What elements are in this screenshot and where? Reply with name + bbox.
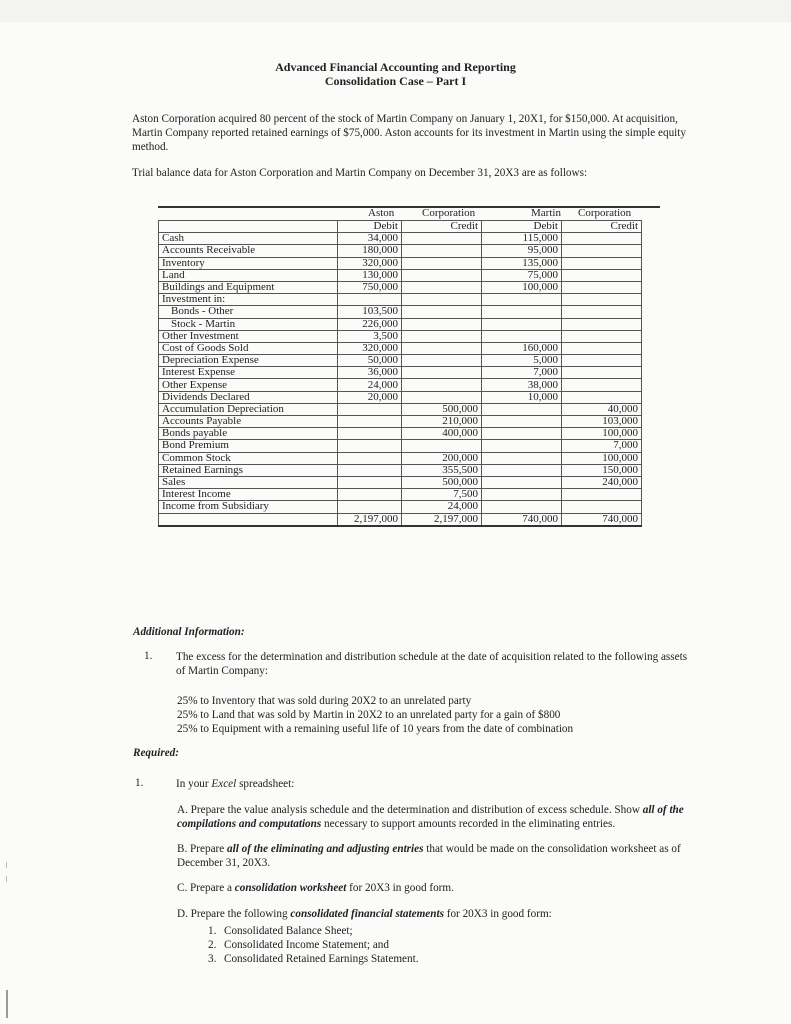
aston-header-left: Aston (368, 207, 394, 220)
table-row: Inventory320,000135,000 (159, 257, 642, 269)
martin-debit (482, 476, 562, 488)
aston-debit (338, 452, 402, 464)
martin-debit: 5,000 (482, 355, 562, 367)
martin-credit (562, 269, 642, 281)
martin-credit: 100,000 (562, 428, 642, 440)
martin-debit: 38,000 (482, 379, 562, 391)
aston-debit (338, 476, 402, 488)
required-heading: Required: (133, 747, 179, 759)
table-row: Sales500,000240,000 (159, 476, 642, 488)
required-intro-text: In your (176, 778, 211, 790)
table-row: Bonds - Other103,500 (159, 306, 642, 318)
account-name: Buildings and Equipment (159, 281, 338, 293)
required-intro: In your Excel spreadsheet: (176, 777, 696, 791)
martin-debit (482, 294, 562, 306)
column-header-martin-debit: Debit (482, 221, 562, 233)
martin-debit: 7,000 (482, 367, 562, 379)
aston-debit: 750,000 (338, 281, 402, 293)
additional-item-text: The excess for the determination and dis… (176, 650, 696, 678)
totals-label (159, 513, 338, 526)
aston-credit (402, 257, 482, 269)
account-name: Other Expense (159, 379, 338, 391)
table-row: Accounts Payable210,000103,000 (159, 416, 642, 428)
aston-debit: 103,500 (338, 306, 402, 318)
martin-credit (562, 355, 642, 367)
aston-credit: 7,500 (402, 489, 482, 501)
aston-debit: 3,500 (338, 330, 402, 342)
required-part-d: D. Prepare the following consolidated fi… (177, 907, 697, 921)
column-header-account (159, 221, 338, 233)
aston-debit (338, 416, 402, 428)
required-part-a: A. Prepare the value analysis schedule a… (177, 803, 697, 831)
aston-debit (338, 464, 402, 476)
table-row: Bond Premium7,000 (159, 440, 642, 452)
aston-debit (338, 501, 402, 513)
aston-credit (402, 330, 482, 342)
aston-debit (338, 428, 402, 440)
martin-debit: 115,000 (482, 233, 562, 245)
scan-margin-dot (6, 862, 7, 868)
martin-debit-total: 740,000 (482, 513, 562, 526)
part-a-text: A. Prepare the value analysis schedule a… (177, 804, 643, 816)
martin-debit (482, 306, 562, 318)
aston-credit: 355,500 (402, 464, 482, 476)
allocation-equipment: 25% to Equipment with a remaining useful… (177, 722, 697, 736)
martin-credit (562, 281, 642, 293)
aston-debit (338, 294, 402, 306)
table-row: Interest Income7,500 (159, 489, 642, 501)
martin-credit: 150,000 (562, 464, 642, 476)
aston-credit (402, 355, 482, 367)
aston-credit (402, 367, 482, 379)
aston-credit (402, 306, 482, 318)
allocation-land: 25% to Land that was sold by Martin in 2… (177, 708, 697, 722)
table-row: Cost of Goods Sold320,000160,000 (159, 342, 642, 354)
part-b-text: B. Prepare (177, 843, 227, 855)
statement-number: 1. (208, 924, 224, 938)
column-header-aston-credit: Credit (402, 221, 482, 233)
martin-debit (482, 452, 562, 464)
martin-debit (482, 489, 562, 501)
table-row: Retained Earnings355,500150,000 (159, 464, 642, 476)
document-title: Advanced Financial Accounting and Report… (0, 60, 791, 74)
part-c-emphasis: consolidation worksheet (235, 882, 347, 894)
document-page: Advanced Financial Accounting and Report… (0, 0, 791, 1024)
part-b-emphasis: all of the eliminating and adjusting ent… (227, 843, 423, 855)
account-name: Investment in: (159, 294, 338, 306)
account-name: Cost of Goods Sold (159, 342, 338, 354)
martin-credit (562, 245, 642, 257)
martin-debit (482, 416, 562, 428)
account-name: Stock - Martin (159, 318, 338, 330)
required-part-b: B. Prepare all of the eliminating and ad… (177, 842, 697, 870)
martin-credit (562, 489, 642, 501)
account-name: Accounts Payable (159, 416, 338, 428)
statements-list: 1.Consolidated Balance Sheet; 2.Consolid… (208, 924, 419, 966)
martin-credit (562, 330, 642, 342)
martin-header-left: Martin (531, 207, 561, 220)
table-row: Dividends Declared20,00010,000 (159, 391, 642, 403)
aston-credit (402, 318, 482, 330)
martin-credit (562, 367, 642, 379)
aston-credit: 500,000 (402, 403, 482, 415)
martin-credit: 40,000 (562, 403, 642, 415)
aston-debit: 130,000 (338, 269, 402, 281)
statement-item: 2.Consolidated Income Statement; and (208, 938, 419, 952)
martin-debit: 100,000 (482, 281, 562, 293)
martin-credit (562, 257, 642, 269)
martin-credit: 240,000 (562, 476, 642, 488)
account-name: Interest Income (159, 489, 338, 501)
excel-emphasis: Excel (211, 778, 236, 790)
allocation-inventory: 25% to Inventory that was sold during 20… (177, 694, 697, 708)
part-a-text-end: necessary to support amounts recorded in… (321, 818, 615, 830)
aston-credit (402, 233, 482, 245)
account-name: Bonds - Other (159, 306, 338, 318)
statement-label: Consolidated Retained Earnings Statement… (224, 953, 419, 965)
martin-credit: 7,000 (562, 440, 642, 452)
scan-margin-mark (6, 990, 8, 1018)
martin-credit (562, 342, 642, 354)
table-row: Other Expense24,00038,000 (159, 379, 642, 391)
account-name: Retained Earnings (159, 464, 338, 476)
account-name: Depreciation Expense (159, 355, 338, 367)
aston-debit (338, 440, 402, 452)
aston-debit: 34,000 (338, 233, 402, 245)
aston-debit: 24,000 (338, 379, 402, 391)
martin-debit (482, 318, 562, 330)
required-part-c: C. Prepare a consolidation worksheet for… (177, 881, 697, 895)
column-header-martin-credit: Credit (562, 221, 642, 233)
martin-credit: 100,000 (562, 452, 642, 464)
table-row: Accumulation Depreciation500,00040,000 (159, 403, 642, 415)
account-name: Other Investment (159, 330, 338, 342)
table-row: Stock - Martin226,000 (159, 318, 642, 330)
part-c-text: C. Prepare a (177, 882, 235, 894)
martin-credit (562, 233, 642, 245)
intro-paragraph: Aston Corporation acquired 80 percent of… (132, 112, 692, 154)
account-name: Inventory (159, 257, 338, 269)
scan-shadow (0, 0, 791, 22)
part-c-text-end: for 20X3 in good form. (346, 882, 454, 894)
martin-debit: 160,000 (482, 342, 562, 354)
table-row: Interest Expense36,0007,000 (159, 367, 642, 379)
martin-debit: 75,000 (482, 269, 562, 281)
martin-debit (482, 403, 562, 415)
aston-credit: 24,000 (402, 501, 482, 513)
aston-debit: 50,000 (338, 355, 402, 367)
required-intro-text-end: spreadsheet: (236, 778, 294, 790)
aston-credit (402, 391, 482, 403)
martin-debit (482, 464, 562, 476)
additional-information-heading: Additional Information: (133, 626, 245, 638)
martin-credit (562, 379, 642, 391)
martin-debit: 10,000 (482, 391, 562, 403)
martin-credit (562, 318, 642, 330)
aston-debit: 320,000 (338, 342, 402, 354)
martin-debit (482, 428, 562, 440)
statement-label: Consolidated Balance Sheet; (224, 925, 353, 937)
aston-debit: 320,000 (338, 257, 402, 269)
part-d-text: D. Prepare the following (177, 908, 290, 920)
martin-credit (562, 294, 642, 306)
martin-credit (562, 306, 642, 318)
table-row: Land130,00075,000 (159, 269, 642, 281)
aston-debit-total: 2,197,000 (338, 513, 402, 526)
aston-debit (338, 403, 402, 415)
table-row: Cash34,000115,000 (159, 233, 642, 245)
martin-debit (482, 440, 562, 452)
account-name: Sales (159, 476, 338, 488)
statement-item: 3.Consolidated Retained Earnings Stateme… (208, 952, 419, 966)
additional-item-number: 1. (144, 650, 152, 662)
table-row: Common Stock200,000100,000 (159, 452, 642, 464)
column-header-row: Debit Credit Debit Credit (159, 221, 642, 233)
statement-number: 3. (208, 952, 224, 966)
table-row: Investment in: (159, 294, 642, 306)
account-name: Accumulation Depreciation (159, 403, 338, 415)
account-name: Bond Premium (159, 440, 338, 452)
account-name: Common Stock (159, 452, 338, 464)
statement-number: 2. (208, 938, 224, 952)
aston-credit (402, 281, 482, 293)
trial-balance-table: Debit Credit Debit Credit Cash34,000115,… (158, 220, 642, 527)
aston-debit: 180,000 (338, 245, 402, 257)
part-d-emphasis: consolidated financial statements (290, 908, 444, 920)
table-row: Buildings and Equipment750,000100,000 (159, 281, 642, 293)
aston-credit (402, 245, 482, 257)
aston-debit: 20,000 (338, 391, 402, 403)
account-name: Cash (159, 233, 338, 245)
table-row: Accounts Receivable180,00095,000 (159, 245, 642, 257)
martin-credit (562, 391, 642, 403)
aston-credit: 400,000 (402, 428, 482, 440)
table-row: Other Investment3,500 (159, 330, 642, 342)
martin-credit-total: 740,000 (562, 513, 642, 526)
aston-credit: 210,000 (402, 416, 482, 428)
trial-balance-intro: Trial balance data for Aston Corporation… (132, 166, 692, 180)
aston-header-right: Corporation (422, 207, 475, 220)
table-row: Depreciation Expense50,0005,000 (159, 355, 642, 367)
martin-debit: 135,000 (482, 257, 562, 269)
aston-debit: 226,000 (338, 318, 402, 330)
account-name: Dividends Declared (159, 391, 338, 403)
account-name: Bonds payable (159, 428, 338, 440)
allocation-list: 25% to Inventory that was sold during 20… (177, 694, 697, 736)
martin-debit: 95,000 (482, 245, 562, 257)
aston-debit (338, 489, 402, 501)
aston-credit (402, 440, 482, 452)
aston-credit: 200,000 (402, 452, 482, 464)
account-name: Accounts Receivable (159, 245, 338, 257)
totals-row: 2,197,0002,197,000740,000740,000 (159, 513, 642, 526)
statement-label: Consolidated Income Statement; and (224, 939, 389, 951)
aston-credit (402, 294, 482, 306)
martin-credit (562, 501, 642, 513)
account-name: Interest Expense (159, 367, 338, 379)
martin-debit (482, 501, 562, 513)
account-name: Land (159, 269, 338, 281)
martin-credit: 103,000 (562, 416, 642, 428)
aston-credit (402, 269, 482, 281)
aston-debit: 36,000 (338, 367, 402, 379)
aston-credit: 500,000 (402, 476, 482, 488)
table-row: Bonds payable400,000100,000 (159, 428, 642, 440)
aston-credit (402, 379, 482, 391)
part-d-text-end: for 20X3 in good form: (444, 908, 552, 920)
martin-header-right: Corporation (578, 207, 631, 220)
column-header-aston-debit: Debit (338, 221, 402, 233)
martin-debit (482, 330, 562, 342)
statement-item: 1.Consolidated Balance Sheet; (208, 924, 419, 938)
aston-credit (402, 342, 482, 354)
scan-margin-dot (6, 876, 7, 882)
account-name: Income from Subsidiary (159, 501, 338, 513)
table-row: Income from Subsidiary24,000 (159, 501, 642, 513)
aston-credit-total: 2,197,000 (402, 513, 482, 526)
required-item-number: 1. (135, 777, 143, 789)
document-subtitle: Consolidation Case – Part I (0, 74, 791, 88)
